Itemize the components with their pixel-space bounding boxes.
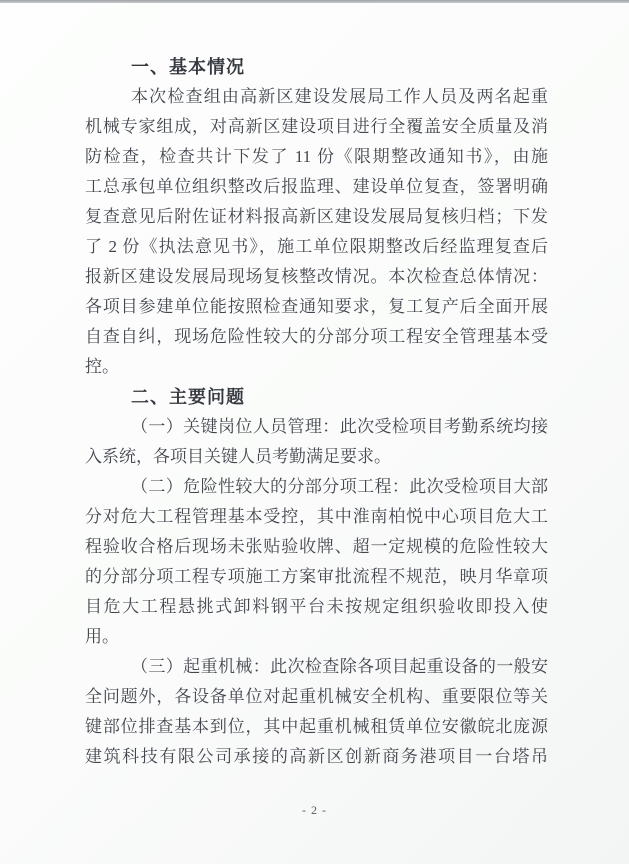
section-heading-main-problems: 二、主要问题 (85, 382, 548, 412)
body-line: 工总承包单位组织整改后报监理、建设单位复查，签署明确 (85, 172, 548, 202)
body-line: 机械专家组成，对高新区建设项目进行全覆盖安全质量及消 (85, 112, 548, 142)
body-line: 建筑科技有限公司承接的高新区创新商务港项目一台塔吊 (85, 742, 548, 772)
body-line: 分对危大工程管理基本受控，其中淮南柏悦中心项目危大工 (85, 502, 548, 532)
body-line: 了 2 份《执法意见书》，施工单位限期整改后经监理复查后 (85, 232, 548, 262)
body-line: 用。 (85, 622, 548, 652)
body-line: 防检查，检查共计下发了 11 份《限期整改通知书》，由施 (85, 142, 548, 172)
text-block: 一、基本情况 本次检查组由高新区建设发展局工作人员及两名起重 机械专家组成，对高… (85, 52, 548, 772)
body-line: （一）关键岗位人员管理：此次受检项目考勤系统均接 (85, 412, 548, 442)
body-line: 入系统，各项目关键人员考勤满足要求。 (85, 442, 548, 472)
body-line: （二）危险性较大的分部分项工程：此次受检项目大部 (85, 472, 548, 502)
section-heading-basic-situation: 一、基本情况 (85, 52, 548, 82)
body-line: 各项目参建单位能按照检查通知要求，复工复产后全面开展 (85, 292, 548, 322)
body-line: （三）起重机械：此次检查除各项目起重设备的一般安 (85, 652, 548, 682)
body-line: 全问题外，各设备单位对起重机械安全机构、重要限位等关 (85, 682, 548, 712)
scan-edge-strip (0, 0, 629, 3)
body-line: 报新区建设发展局现场复核整改情况。本次检查总体情况： (85, 262, 548, 292)
body-line: 复查意见后附佐证材料报高新区建设发展局复核归档；下发 (85, 202, 548, 232)
body-line: 的分部分项工程专项施工方案审批流程不规范，映月华章项 (85, 562, 548, 592)
body-line: 本次检查组由高新区建设发展局工作人员及两名起重 (85, 82, 548, 112)
body-line: 自查自纠，现场危险性较大的分部分项工程安全管理基本受 (85, 322, 548, 352)
body-line: 目危大工程悬挑式卸料钢平台未按规定组织验收即投入使 (85, 592, 548, 622)
page-number: - 2 - (0, 800, 629, 820)
body-line: 程验收合格后现场未张贴验收牌、超一定规模的危险性较大 (85, 532, 548, 562)
body-line: 控。 (85, 352, 548, 382)
body-line: 键部位排查基本到位，其中起重机械租赁单位安徽皖北庞源 (85, 712, 548, 742)
